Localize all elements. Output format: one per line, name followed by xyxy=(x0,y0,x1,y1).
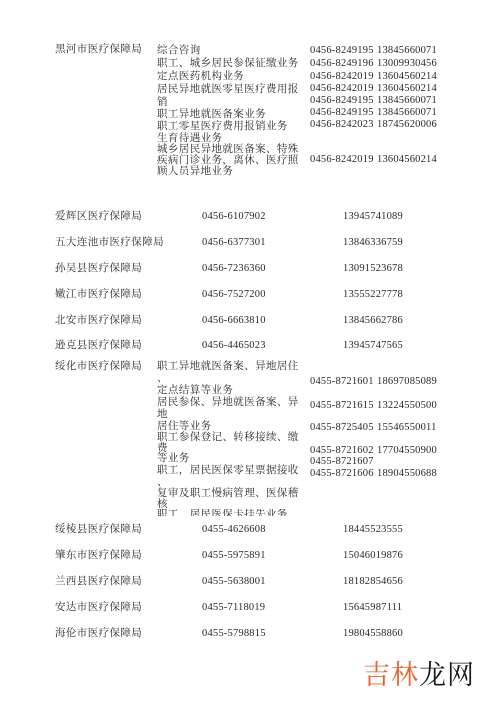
bureau-name: 北安市医疗保障局 xyxy=(55,315,142,327)
landline-number: 0456-8249195 xyxy=(310,107,374,119)
mobile-number: 18904550688 xyxy=(377,468,437,480)
service-line: 、 xyxy=(157,373,168,385)
service-line: 职工、城乡居民参保征缴业务 xyxy=(157,58,299,70)
service-line: 职工，居民医保零星票据接收 xyxy=(157,465,299,477)
mobile-number: 13604560214 xyxy=(377,71,437,83)
landline-number: 0456-8249195 xyxy=(310,95,374,107)
mobile-number: 13009930456 xyxy=(377,58,437,70)
mobile-number: 13555227778 xyxy=(343,289,403,301)
service-line: 定点结算等业务 xyxy=(157,385,233,397)
bureau-name: 黑河市医疗保障局 xyxy=(55,44,142,56)
landline-number: 0456-8249196 xyxy=(310,58,374,70)
watermark-part-longwang: 龙网 xyxy=(419,660,475,691)
service-line: 顾人员异地业务 xyxy=(157,166,233,178)
mobile-number: 13945747565 xyxy=(343,340,403,352)
service-line: 职工异地就医备案、异地居住 xyxy=(157,361,299,373)
bureau-name: 绥棱县医疗保障局 xyxy=(55,524,142,536)
service-line: 职工异地就医备案业务 xyxy=(157,109,266,121)
landline-number: 0456-7527200 xyxy=(202,289,266,301)
service-line: 居民参保、异地就医备案、异 xyxy=(157,397,299,409)
bureau-name: 嫩江市医疗保障局 xyxy=(55,289,142,301)
landline-number: 0455-5798815 xyxy=(202,628,266,640)
mobile-number: 15546550011 xyxy=(377,422,437,434)
landline-number: 0456-8242019 xyxy=(310,71,374,83)
bureau-name: 肇东市医疗保障局 xyxy=(55,550,142,562)
mobile-number: 18697085089 xyxy=(377,376,437,388)
landline-number: 0455-8725405 xyxy=(310,422,374,434)
service-line: 复审及职工慢病管理、医保稽 xyxy=(157,488,299,500)
mobile-number: 13091523678 xyxy=(343,263,403,275)
mobile-number: 13224550500 xyxy=(377,400,437,412)
landline-number: 0456-6663810 xyxy=(202,315,266,327)
site-watermark-logo: 吉林龙网 xyxy=(363,653,475,692)
landline-number: 0456-7236360 xyxy=(202,263,266,275)
landline-number: 0456-8242019 xyxy=(310,154,374,166)
landline-number: 0455-5638001 xyxy=(202,576,266,588)
bureau-name: 孙吴县医疗保障局 xyxy=(55,263,142,275)
landline-number: 0455-4626608 xyxy=(202,524,266,536)
bureau-name: 爱辉区医疗保障局 xyxy=(55,211,142,223)
bureau-name: 兰西县医疗保障局 xyxy=(55,576,142,588)
mobile-number: 19804558860 xyxy=(343,628,403,640)
bureau-name: 五大连池市医疗保障局 xyxy=(55,237,164,249)
landline-number: 0456-4465023 xyxy=(202,340,266,352)
service-line: 销 xyxy=(157,97,168,109)
landline-number: 0455-5975891 xyxy=(202,550,266,562)
service-line: 等业务 xyxy=(157,453,190,465)
mobile-number: 13845660071 xyxy=(377,95,437,107)
service-line: 职工，居民医保卡挂失业务 xyxy=(157,509,288,516)
landline-number: 0455-8721607 xyxy=(310,456,374,468)
landline-number: 0455-8721601 xyxy=(310,376,374,388)
page: 黑河市医疗保障局综合咨询职工、城乡居民参保征缴业务定点医药机构业务居民异地就医零… xyxy=(0,0,499,706)
mobile-number: 13604560214 xyxy=(377,154,437,166)
service-line: 综合咨询 xyxy=(157,45,201,57)
mobile-number: 13845662786 xyxy=(343,315,403,327)
landline-number: 0456-8242023 xyxy=(310,119,374,131)
mobile-number: 18745620006 xyxy=(377,119,437,131)
service-line: 定点医药机构业务 xyxy=(157,71,244,83)
service-line: 地 xyxy=(157,409,168,421)
landline-number: 0455-7118019 xyxy=(202,602,265,614)
mobile-number: 18445523555 xyxy=(343,524,403,536)
mobile-number: 15645987111 xyxy=(343,602,402,614)
landline-number: 0456-8249195 xyxy=(310,45,374,57)
mobile-number: 18182854656 xyxy=(343,576,403,588)
mobile-number: 13846336759 xyxy=(343,237,403,249)
service-line: 职工参保登记、转移接续、缴 xyxy=(157,432,299,444)
bureau-name: 逊克县医疗保障局 xyxy=(55,340,142,352)
mobile-number: 13945741089 xyxy=(343,211,403,223)
service-line: 职工零星医疗费用报销业务 xyxy=(157,121,288,133)
bureau-name: 绥化市医疗保障局 xyxy=(55,361,142,373)
watermark-part-jilin: 吉林 xyxy=(363,660,419,691)
mobile-number: 15046019876 xyxy=(343,550,403,562)
landline-number: 0456-6377301 xyxy=(202,237,266,249)
landline-number: 0455-8721615 xyxy=(310,400,374,412)
landline-number: 0456-8242019 xyxy=(310,83,374,95)
landline-number: 0455-8721606 xyxy=(310,468,374,480)
mobile-number: 13845660071 xyxy=(377,45,437,57)
service-line: 居民异地就医零星医疗费用报 xyxy=(157,84,299,96)
bureau-name: 安达市医疗保障局 xyxy=(55,602,142,614)
bureau-name: 海伦市医疗保障局 xyxy=(55,628,142,640)
mobile-number: 13845660071 xyxy=(377,107,437,119)
landline-number: 0456-6107902 xyxy=(202,211,266,223)
mobile-number: 13604560214 xyxy=(377,83,437,95)
mobile-number: 17704550900 xyxy=(377,445,437,457)
